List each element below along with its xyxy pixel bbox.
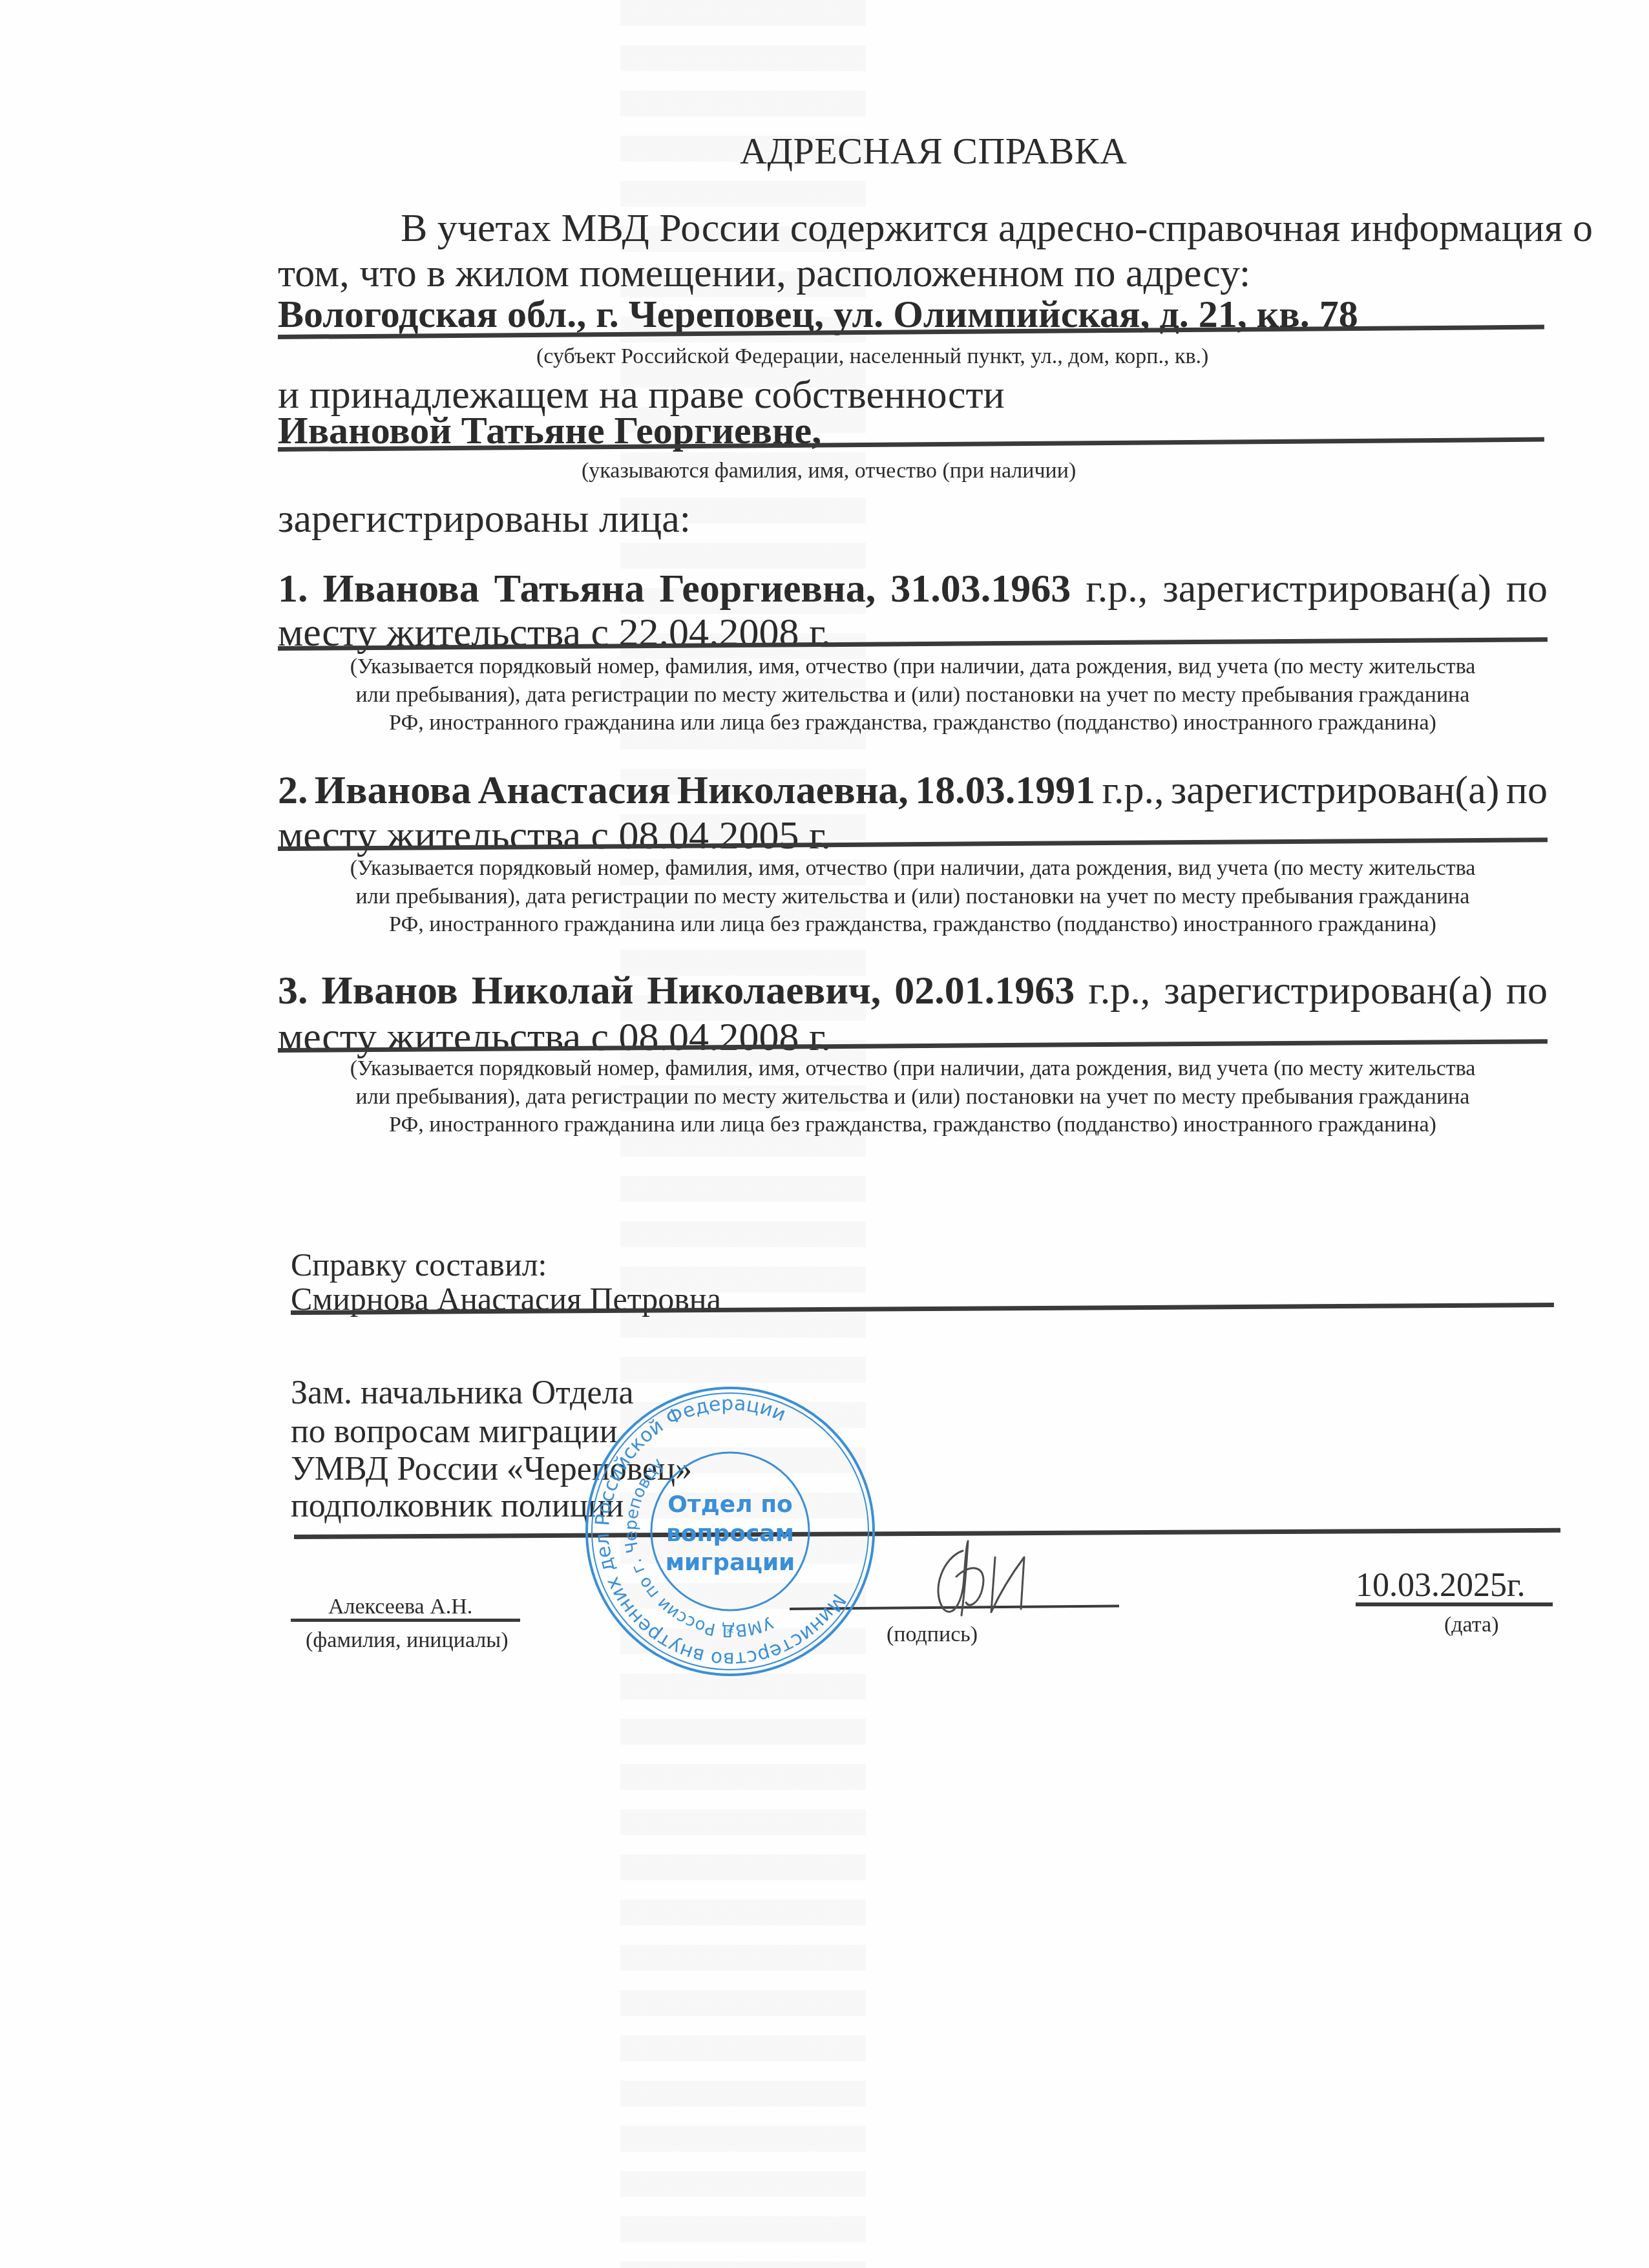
- person-entry-1-line-1: 1. Иванова Татьяна Георгиевна, 31.03.196…: [278, 569, 1548, 609]
- person-birth-suffix: г.р.,: [1102, 770, 1164, 810]
- stamp-center-line-3: миграции: [666, 1549, 795, 1576]
- person-surname: Иванов: [321, 971, 457, 1011]
- person-1-hint: (Указывается порядковый номер, фамилия, …: [278, 653, 1548, 737]
- person-first-name: Николай: [472, 971, 634, 1011]
- hint-line-2: или пребывания), дата регистрации по мес…: [278, 681, 1548, 709]
- person-number: 1.: [278, 569, 308, 609]
- hint-line-2: или пребывания), дата регистрации по мес…: [278, 883, 1548, 911]
- hint-line-1: (Указывается порядковый номер, фамилия, …: [278, 1055, 1548, 1083]
- intro-line-1: В учетах МВД России содержится адресно-с…: [401, 208, 1593, 248]
- official-position-line-4: подполковник полиции: [291, 1489, 624, 1523]
- person-first-name: Анастасия: [478, 770, 671, 810]
- person-surname: Иванова: [322, 569, 479, 609]
- person-patronymic: Георгиевна,: [660, 569, 876, 609]
- person-birth-suffix: г.р.,: [1086, 569, 1148, 609]
- compiled-by-label: Справку составил:: [291, 1248, 547, 1281]
- date-hint: (дата): [1444, 1614, 1499, 1636]
- person-3-hint: (Указывается порядковый номер, фамилия, …: [278, 1055, 1548, 1139]
- person-status: зарегистрирован(а): [1162, 569, 1491, 609]
- hint-line-1: (Указывается порядковый номер, фамилия, …: [278, 653, 1548, 681]
- hint-line-3: РФ, иностранного гражданина или лица без…: [278, 1111, 1548, 1139]
- registered-label: зарегистрированы лица:: [278, 499, 691, 539]
- signature-hint: (подпись): [887, 1624, 978, 1646]
- person-birth-date: 31.03.1963: [890, 569, 1071, 609]
- person-patronymic: Николаевна,: [677, 770, 909, 810]
- person-po: по: [1506, 770, 1548, 810]
- person-first-name: Татьяна: [494, 569, 645, 609]
- person-surname: Иванова: [315, 770, 471, 810]
- official-name-underline: [291, 1619, 520, 1622]
- stamp-star-icon: *: [727, 1626, 734, 1642]
- person-entry-2-line-1: 2. Иванова Анастасия Николаевна, 18.03.1…: [278, 770, 1548, 810]
- person-po: по: [1506, 971, 1548, 1011]
- hint-line-3: РФ, иностранного гражданина или лица без…: [278, 709, 1548, 737]
- person-patronymic: Николаевич,: [647, 971, 881, 1011]
- hint-line-3: РФ, иностранного гражданина или лица без…: [278, 910, 1548, 939]
- person-number: 2.: [278, 770, 308, 810]
- document-title: АДРЕСНАЯ СПРАВКА: [740, 132, 1127, 170]
- stamp-center-line-2: вопросам: [666, 1520, 794, 1547]
- person-birth-date: 18.03.1991: [915, 770, 1095, 810]
- handwritten-signature: [918, 1538, 1060, 1622]
- person-status: зарегистрирован(а): [1164, 971, 1493, 1011]
- date-underline: [1356, 1602, 1553, 1606]
- official-stamp: Министерство внутренних дел Российской Ф…: [582, 1383, 879, 1680]
- person-birth-date: 02.01.1963: [894, 971, 1075, 1011]
- person-birth-suffix: г.р.,: [1088, 971, 1150, 1011]
- document-page: АДРЕСНАЯ СПРАВКА В учетах МВД России сод…: [0, 0, 1649, 2268]
- document-date: 10.03.2025г.: [1356, 1569, 1525, 1602]
- address-hint: (субъект Российской Федерации, населенны…: [536, 346, 1208, 368]
- official-name: Алексеева А.Н.: [328, 1596, 472, 1618]
- person-number: 3.: [278, 971, 308, 1011]
- person-status: зарегистрирован(а): [1171, 770, 1500, 810]
- intro-line-2: том, что в жилом помещении, расположенно…: [278, 253, 1250, 293]
- person-2-hint: (Указывается порядковый номер, фамилия, …: [278, 854, 1548, 939]
- hint-line-1: (Указывается порядковый номер, фамилия, …: [278, 854, 1548, 883]
- stamp-center-line-1: Отдел по: [667, 1491, 792, 1518]
- official-name-hint: (фамилия, инициалы): [306, 1630, 508, 1652]
- hint-line-2: или пребывания), дата регистрации по мес…: [278, 1083, 1548, 1111]
- owner-hint: (указываются фамилия, имя, отчество (при…: [582, 460, 1076, 482]
- official-position-line-2: по вопросам миграции: [291, 1415, 617, 1449]
- person-entry-3-line-1: 3. Иванов Николай Николаевич, 02.01.1963…: [278, 971, 1548, 1011]
- person-po: по: [1506, 569, 1548, 609]
